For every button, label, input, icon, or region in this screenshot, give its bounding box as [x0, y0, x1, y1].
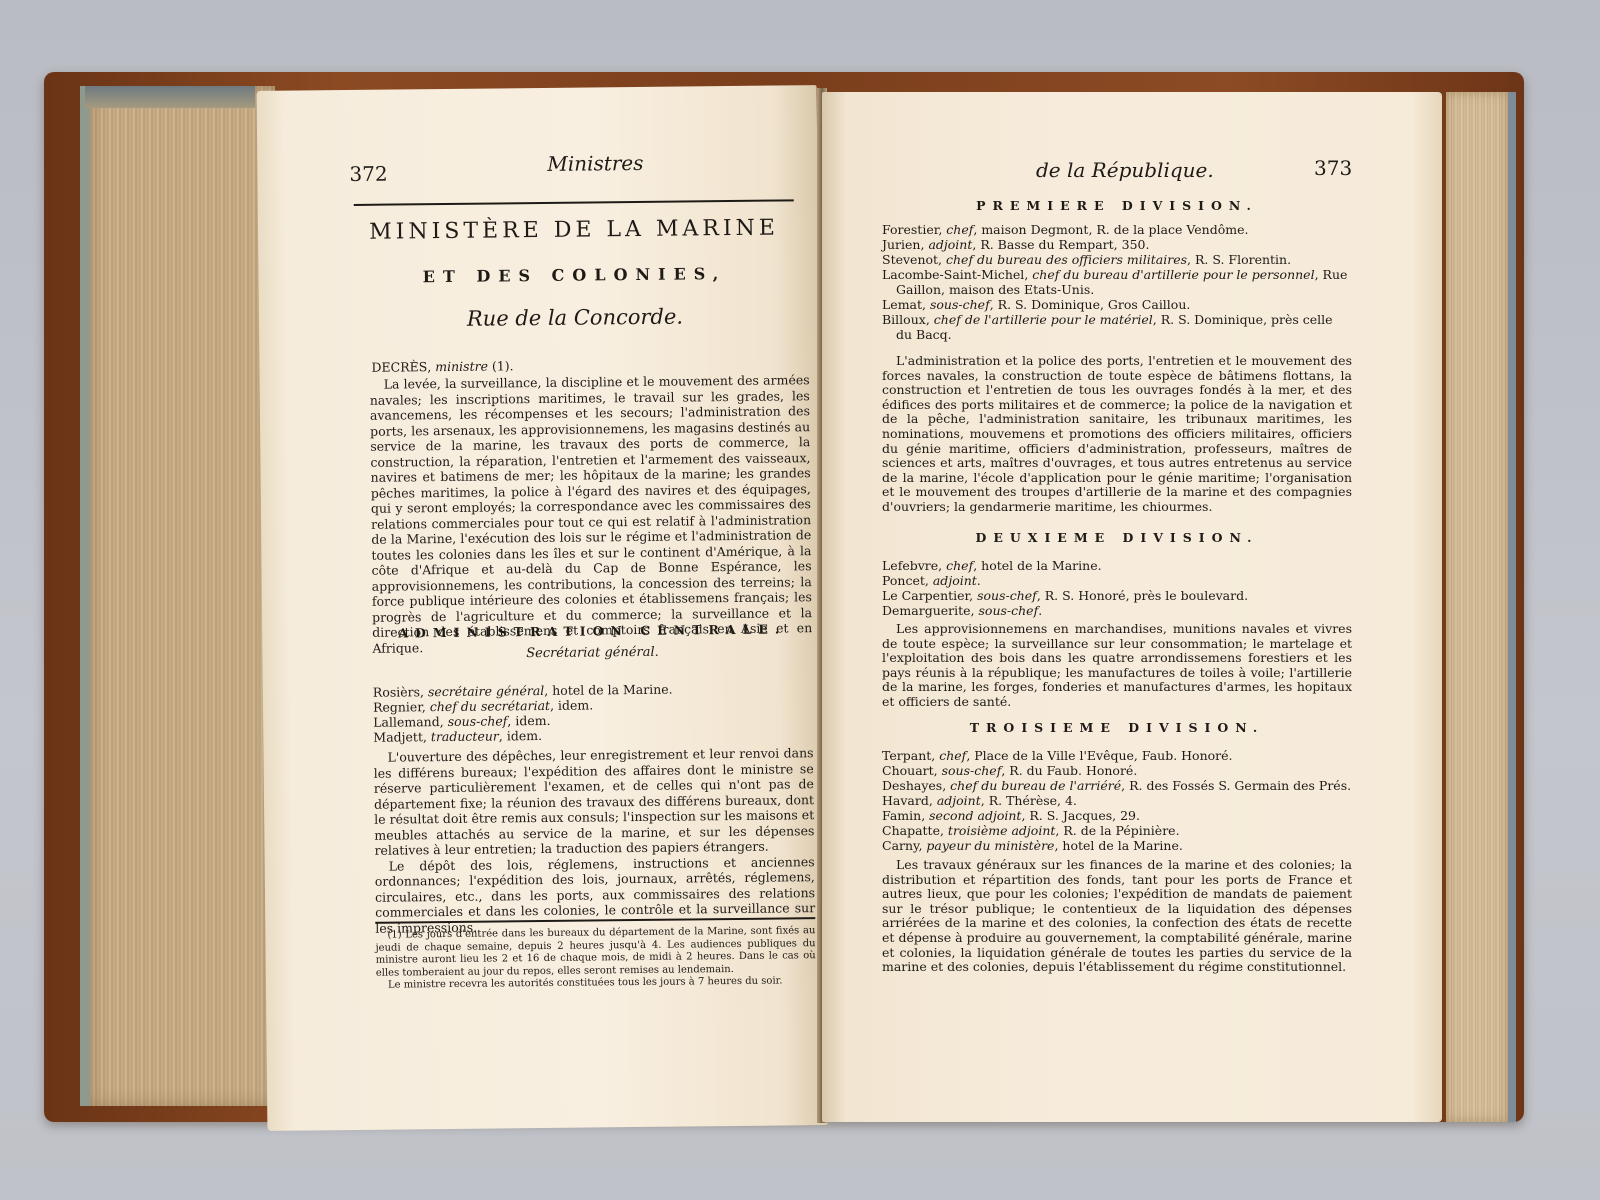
staff-entry: Lefebvre, chef, hotel de la Marine.	[882, 558, 1352, 573]
staff-entry: Poncet, adjoint.	[882, 573, 1352, 588]
division-1-duties: L'administration et la police des ports,…	[882, 354, 1352, 515]
division-3-staff: Terpant, chef, Place de la Ville l'Evêqu…	[882, 748, 1352, 853]
staff-entry: Terpant, chef, Place de la Ville l'Evêqu…	[882, 748, 1352, 763]
division-2-staff: Lefebvre, chef, hotel de la Marine. Ponc…	[882, 558, 1352, 618]
footnote-ref: (1).	[492, 358, 514, 373]
division-heading: PREMIERE DIVISION.	[882, 198, 1352, 213]
staff-entry: Deshayes, chef du bureau de l'arriéré, R…	[882, 778, 1352, 793]
division-1-staff: Forestier, chef, maison Degmont, R. de l…	[882, 222, 1352, 342]
staff-entry: Le Carpentier, sous-chef, R. S. Honoré, …	[882, 588, 1352, 603]
subsection-heading: Secrétariat général.	[372, 643, 812, 663]
secretariat-duties: L'ouverture des dépêches, leur enregistr…	[373, 745, 815, 936]
marbled-endpaper	[85, 86, 255, 108]
minister-name: DECRÈS	[371, 359, 427, 375]
ministry-title: MINISTÈRE DE LA MARINE	[354, 215, 794, 245]
staff-entry: Lacombe-Saint-Michel, chef du bureau d'a…	[882, 267, 1352, 297]
staff-entry: Stevenot, chef du bureau des officiers m…	[882, 252, 1352, 267]
page-number: 373	[1314, 156, 1352, 180]
ministry-duties-paragraph: La levée, la surveillance, la discipline…	[370, 372, 813, 656]
secretariat-staff-list: Rosièrs, secrétaire général, hotel de la…	[373, 680, 814, 745]
staff-entry: Chouart, sous-chef, R. du Faub. Honoré.	[882, 763, 1352, 778]
page-number: 372	[349, 162, 387, 186]
ministry-address: Rue de la Concorde.	[355, 303, 795, 332]
running-head: de la République.	[1036, 158, 1214, 182]
staff-entry: Havard, adjoint, R. Thérèse, 4.	[882, 793, 1352, 808]
staff-entry: Madjett, traducteur, idem.	[373, 725, 813, 745]
left-page: 372 Ministres MINISTÈRE DE LA MARINE ET …	[257, 85, 828, 1131]
division-3-duties: Les travaux généraux sur les finances de…	[882, 858, 1352, 975]
left-page-block-edge	[80, 86, 275, 1106]
staff-entry: Lemat, sous-chef, R. S. Dominique, Gros …	[882, 297, 1352, 312]
staff-entry: Jurien, adjoint, R. Basse du Rempart, 35…	[882, 237, 1352, 252]
staff-entry: Famin, second adjoint, R. S. Jacques, 29…	[882, 808, 1352, 823]
minister-role: ministre	[435, 359, 488, 375]
minister-line: DECRÈS, ministre (1).	[371, 355, 801, 375]
staff-entry: Carny, payeur du ministère, hotel de la …	[882, 838, 1352, 853]
division-heading: TROISIEME DIVISION.	[882, 720, 1352, 735]
ministry-subtitle: ET DES COLONIES,	[354, 263, 794, 287]
footnote: (1) Les jours d'entrée dans les bureaux …	[375, 925, 816, 992]
staff-entry: Chapatte, troisième adjoint, R. de la Pé…	[882, 823, 1352, 838]
right-page: de la République. 373 PREMIERE DIVISION.…	[822, 92, 1442, 1122]
header-rule	[354, 199, 794, 206]
division-2-duties: Les approvisionnemens en marchandises, m…	[882, 622, 1352, 710]
staff-entry: Demarguerite, sous-chef.	[882, 603, 1352, 618]
right-page-block-edge	[1446, 92, 1516, 1122]
division-heading: DEUXIEME DIVISION.	[882, 530, 1352, 545]
staff-entry: Forestier, chef, maison Degmont, R. de l…	[882, 222, 1352, 237]
running-head: Ministres	[547, 151, 643, 176]
staff-entry: Billoux, chef de l'artillerie pour le ma…	[882, 312, 1352, 342]
